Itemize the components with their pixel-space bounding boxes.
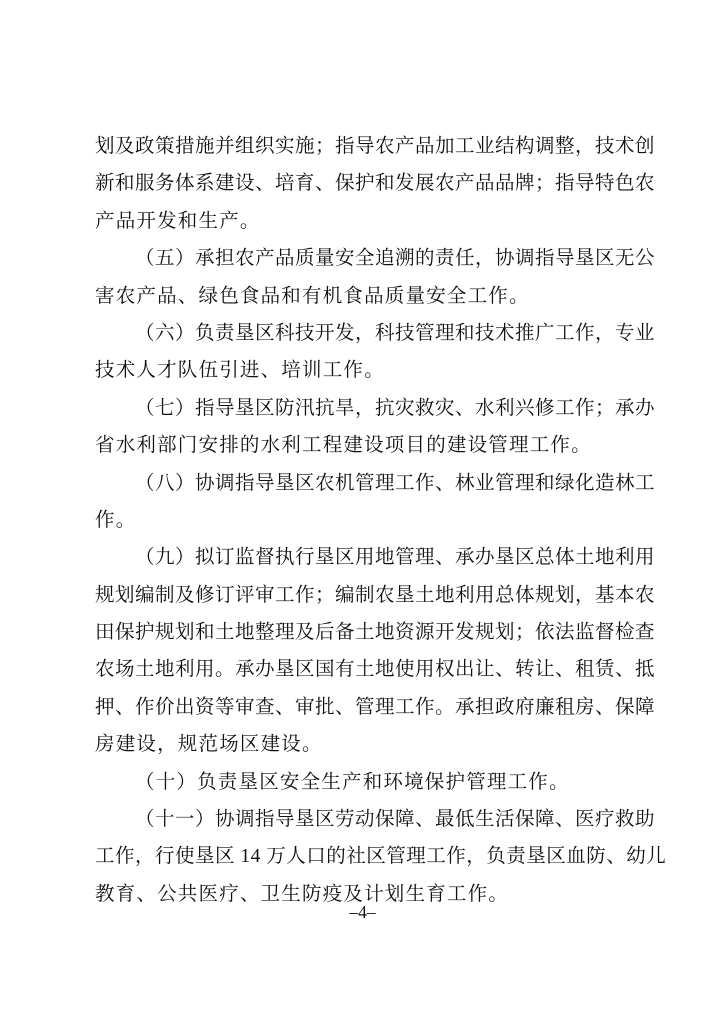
text-line: 田保护规划和土地整理及后备土地资源开发规划；依法监督检查	[95, 614, 641, 651]
document-text-block: 划及政策措施并组织实施；指导农产品加工业结构调整，技术创 新和服务体系建设、培育…	[95, 128, 641, 913]
text-line: 省水利部门安排的水利工程建设项目的建设管理工作。	[95, 427, 641, 464]
text-line: 押、作价出资等审查、审批、管理工作。承担政府廉租房、保障	[95, 689, 641, 726]
text-line: 规划编制及修订评审工作；编制农垦土地利用总体规划，基本农	[95, 577, 641, 614]
text-line: 工作，行使垦区 14 万人口的社区管理工作，负责垦区血防、幼儿	[95, 838, 641, 875]
text-line: 技术人才队伍引进、培训工作。	[95, 352, 641, 389]
text-line: 房建设，规范场区建设。	[95, 726, 641, 763]
text-line: （八）协调指导垦区农机管理工作、林业管理和绿化造林工	[95, 465, 641, 502]
text-line: 农场土地利用。承办垦区国有土地使用权出让、转让、租赁、抵	[95, 651, 641, 688]
page-number: –4–	[0, 898, 725, 926]
text-line: （七）指导垦区防汛抗旱，抗灾救灾、水利兴修工作；承办	[95, 390, 641, 427]
text-line: （十一）协调指导垦区劳动保障、最低生活保障、医疗救助	[95, 801, 641, 838]
text-line: 新和服务体系建设、培育、保护和发展农产品品牌；指导特色农	[95, 165, 641, 202]
text-line: 作。	[95, 502, 641, 539]
document-page: 划及政策措施并组织实施；指导农产品加工业结构调整，技术创 新和服务体系建设、培育…	[0, 0, 725, 1024]
text-line: 产品开发和生产。	[95, 203, 641, 240]
text-line: 害农产品、绿色食品和有机食品质量安全工作。	[95, 278, 641, 315]
text-line: （九）拟订监督执行垦区用地管理、承办垦区总体土地利用	[95, 539, 641, 576]
text-line: 划及政策措施并组织实施；指导农产品加工业结构调整，技术创	[95, 128, 641, 165]
text-line: （十）负责垦区安全生产和环境保护管理工作。	[95, 764, 641, 801]
text-line: （六）负责垦区科技开发，科技管理和技术推广工作，专业	[95, 315, 641, 352]
text-line: （五）承担农产品质量安全追溯的责任，协调指导垦区无公	[95, 240, 641, 277]
